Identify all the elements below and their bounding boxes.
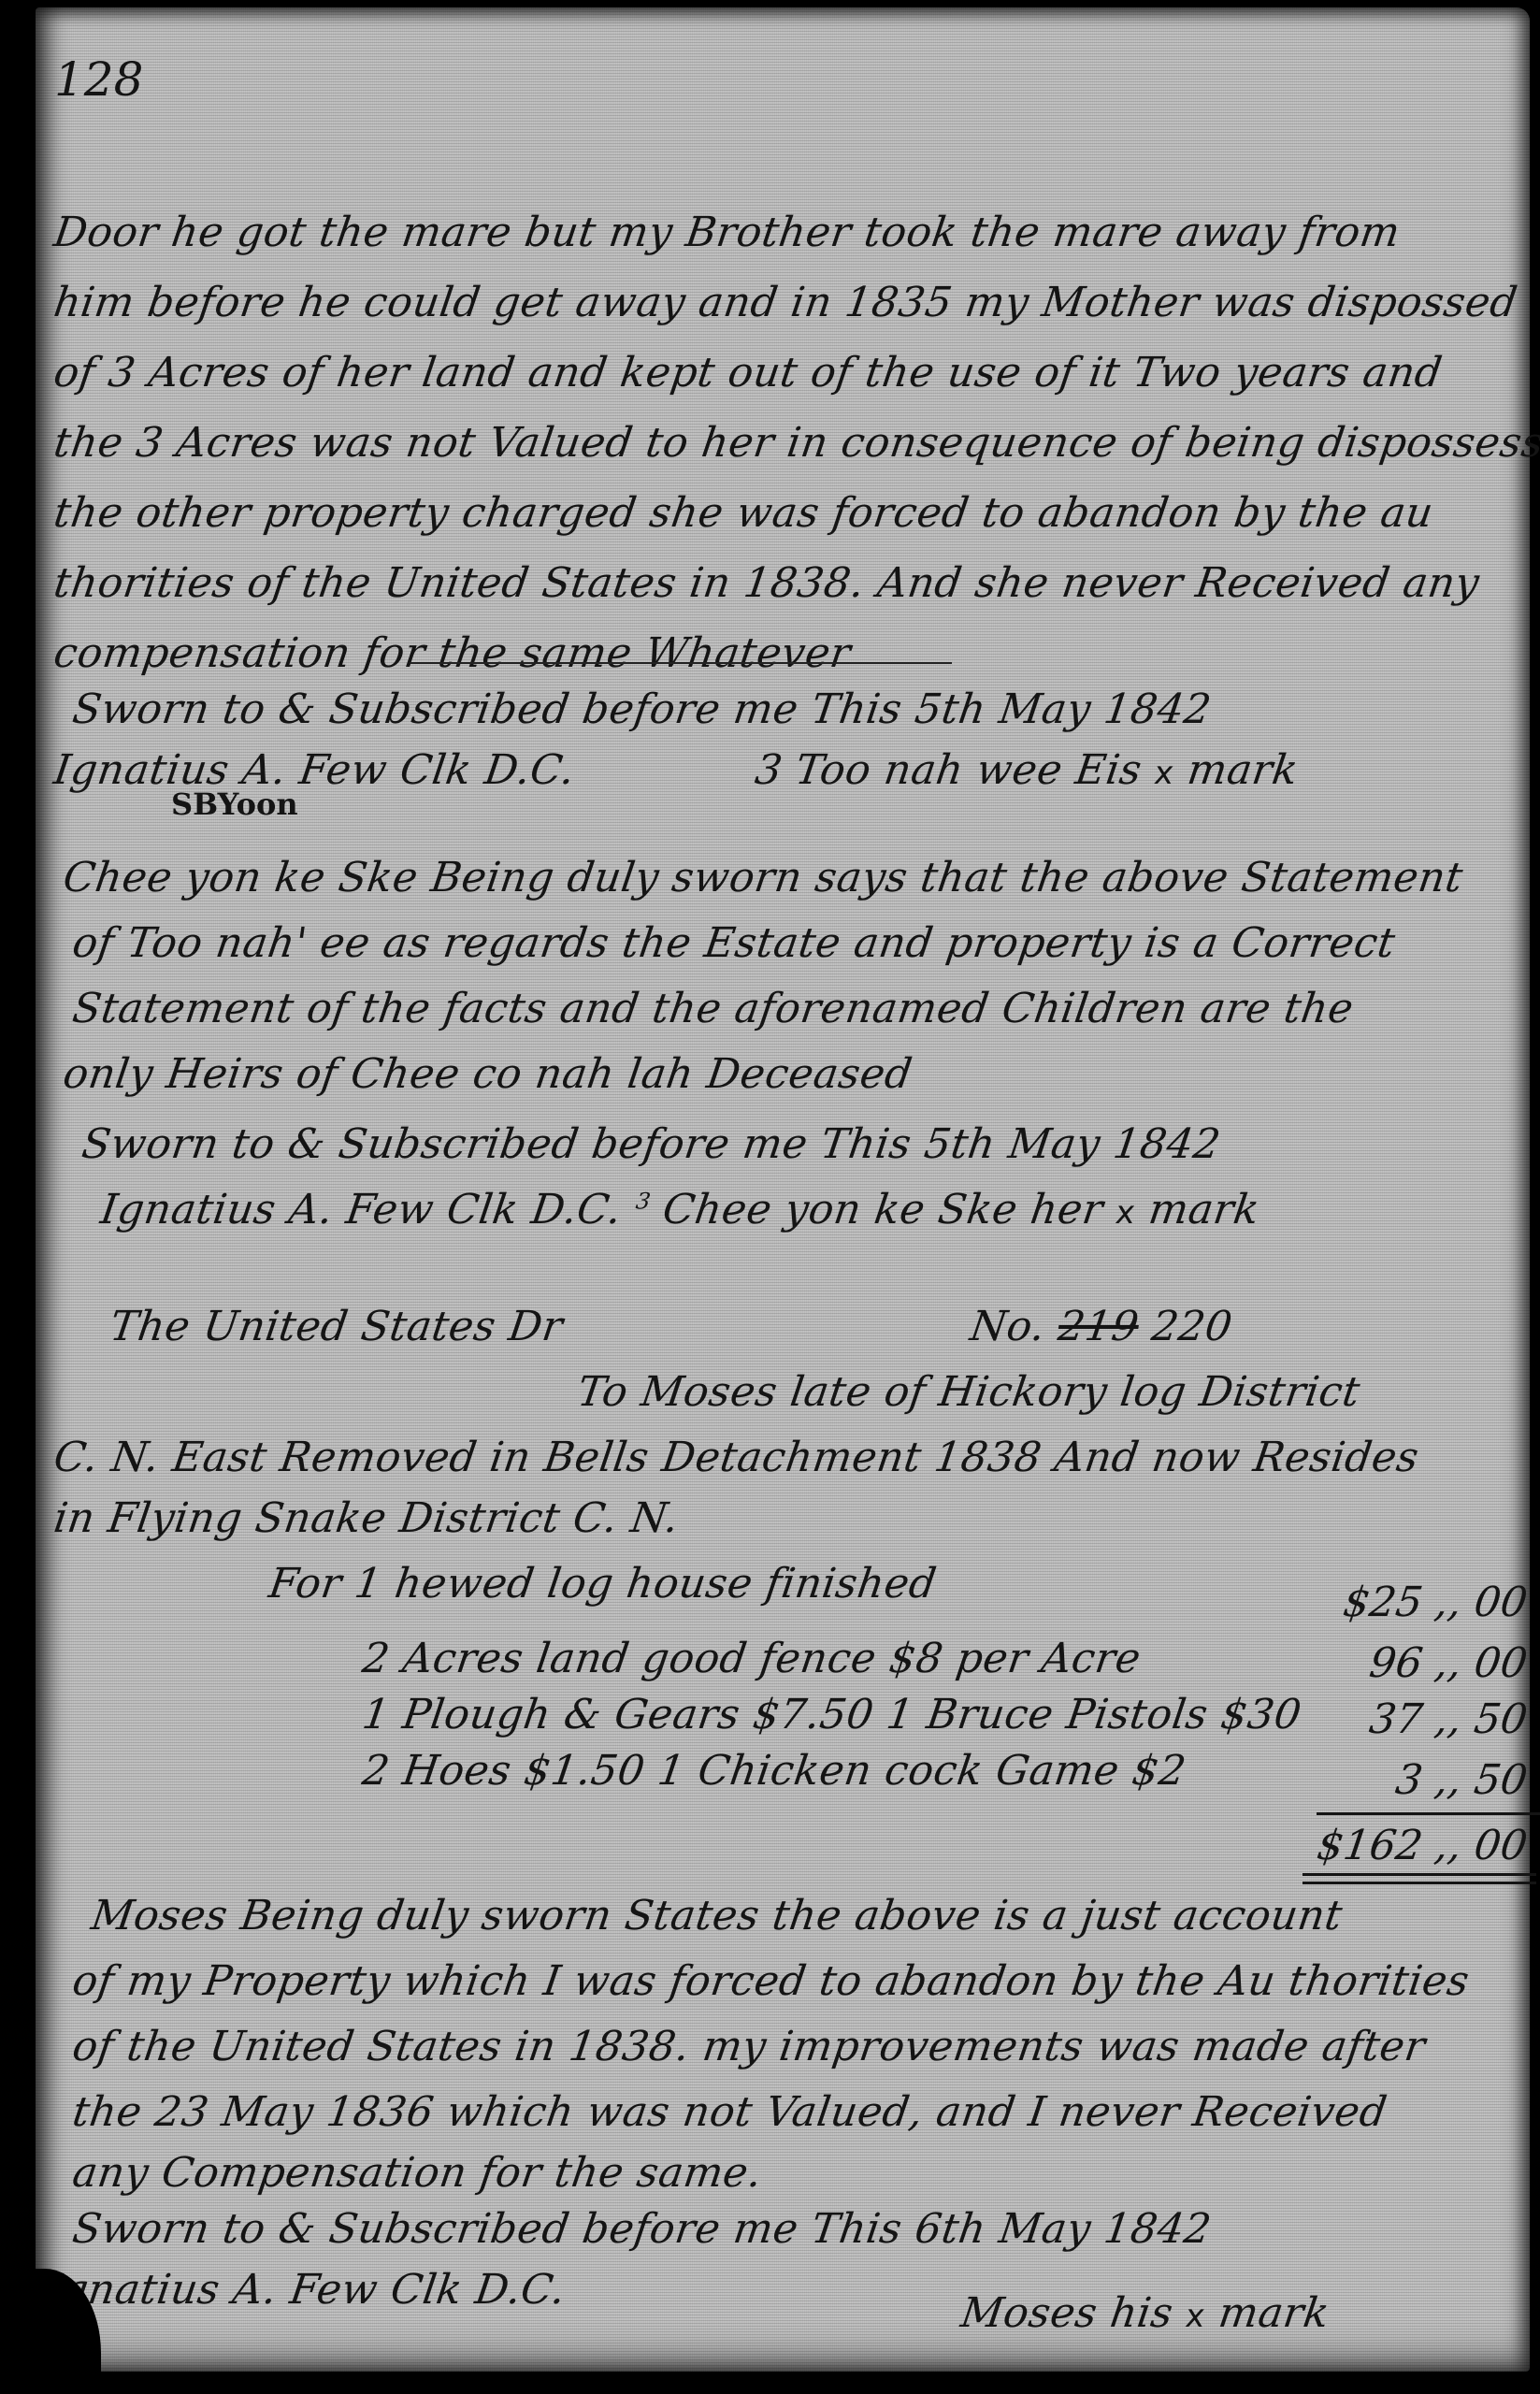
text-line: in Flying Snake District C. N. bbox=[50, 1494, 682, 1542]
total-amount: $162 ,, 00 bbox=[1308, 1822, 1530, 1869]
item-description: 1 Plough & Gears $7.50 1 Bruce Pistols $… bbox=[359, 1691, 1304, 1738]
text-line: only Heirs of Chee co nah lah Deceased bbox=[60, 1050, 914, 1098]
text-line: Door he got the mare but my Brother took… bbox=[50, 209, 1403, 256]
cross-mark: x bbox=[1183, 2298, 1207, 2335]
mark-label: mark bbox=[1185, 746, 1302, 794]
item-description: 2 Acres land good fence $8 per Acre bbox=[359, 1635, 1144, 1682]
text-line: compensation for the same Whatever bbox=[50, 629, 854, 677]
stamp: SBYoon bbox=[171, 786, 298, 822]
text-line: Moses Being duly sworn States the above … bbox=[88, 1892, 1345, 1940]
item-amount: 96 ,, 00 bbox=[1308, 1639, 1530, 1687]
text-line: Chee yon ke Ske Being duly sworn says th… bbox=[60, 854, 1465, 901]
text-line: the 3 Acres was not Valued to her in con… bbox=[50, 419, 1540, 467]
signature-claimant: 3 Too nah wee Eis x mark bbox=[752, 746, 1301, 794]
item-amount: 37 ,, 50 bbox=[1308, 1695, 1530, 1743]
current-number: 220 bbox=[1149, 1303, 1236, 1350]
text-line: of Too nah' ee as regards the Estate and… bbox=[69, 919, 1398, 967]
item-amount: $25 ,, 00 bbox=[1308, 1579, 1530, 1626]
text-line: of 3 Acres of her land and kept out of t… bbox=[50, 349, 1445, 397]
mark-label: mark bbox=[1145, 1186, 1262, 1233]
total-rule bbox=[1317, 1812, 1540, 1815]
text-line: the 23 May 1836 which was not Valued, an… bbox=[69, 2088, 1389, 2136]
signature-clerk: Ignatius A. Few Clk D.C. 3 Chee yon ke S… bbox=[97, 1186, 1262, 1233]
sworn-line: Sworn to & Subscribed before me This 5th… bbox=[69, 685, 1214, 733]
item-amount: 3 ,, 50 bbox=[1308, 1756, 1530, 1804]
item-description: 2 Hoes $1.50 1 Chicken cock Game $2 bbox=[359, 1747, 1188, 1795]
text-line: any Compensation for the same. bbox=[69, 2149, 765, 2197]
mark-label: mark bbox=[1216, 2289, 1332, 2337]
text-line: of the United States in 1838. my improve… bbox=[69, 2023, 1428, 2070]
claim-to-line: To Moses late of Hickory log District bbox=[574, 1368, 1362, 1416]
total-double-rule bbox=[1303, 1873, 1536, 1884]
document-page: 128 Door he got the mare but my Brother … bbox=[36, 7, 1530, 2372]
claimant-name: Chee yon ke Ske her bbox=[660, 1186, 1106, 1233]
cross-mark: x bbox=[1114, 1194, 1138, 1232]
signature-claimant: Moses his x mark bbox=[957, 2289, 1332, 2337]
sworn-line: Sworn to & Subscribed before me This 6th… bbox=[69, 2205, 1214, 2253]
underline-rule bbox=[410, 662, 952, 664]
claim-number: No. 219 220 bbox=[967, 1303, 1235, 1350]
text-line: the other property charged she was force… bbox=[50, 489, 1436, 537]
signature-clerk: Ignatius A. Few Clk D.C. bbox=[50, 746, 578, 794]
struck-number: 219 bbox=[1056, 1303, 1143, 1350]
text-line: thorities of the United States in 1838. … bbox=[50, 559, 1482, 607]
item-description: For 1 hewed log house finished bbox=[266, 1560, 939, 1608]
text-line: Statement of the facts and the aforename… bbox=[69, 985, 1356, 1032]
mark-number: 3 bbox=[752, 746, 785, 794]
claimant-name: Moses his bbox=[957, 2289, 1175, 2337]
text-line: him before he could get away and in 1835… bbox=[50, 279, 1520, 326]
claim-header: The United States Dr bbox=[107, 1303, 566, 1350]
cross-mark: x bbox=[1152, 755, 1176, 792]
signature-clerk: Ignatius A. Few Clk D.C. bbox=[41, 2266, 569, 2314]
mark-number: 3 bbox=[634, 1188, 653, 1214]
text-line: C. N. East Removed in Bells Detachment 1… bbox=[50, 1434, 1421, 1481]
text-line: of my Property which I was forced to aba… bbox=[69, 1957, 1472, 2005]
page-number: 128 bbox=[54, 52, 143, 107]
sworn-line: Sworn to & Subscribed before me This 5th… bbox=[79, 1120, 1223, 1168]
claimant-name: Too nah wee Eis bbox=[792, 746, 1144, 794]
